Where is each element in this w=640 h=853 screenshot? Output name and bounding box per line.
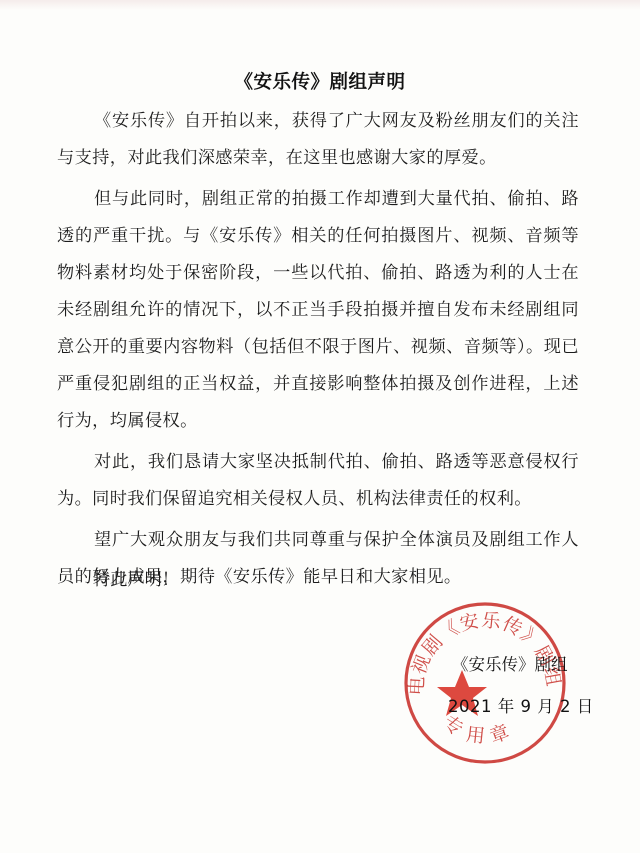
document-title: 《安乐传》剧组声明 bbox=[0, 68, 640, 94]
document-date: 2021 年 9 月 2 日 bbox=[448, 693, 594, 717]
document-body: 《安乐传》自开拍以来，获得了广大网友及粉丝朋友们的关注与支持，对此我们深感荣幸，… bbox=[57, 103, 579, 596]
paper-edge bbox=[0, 0, 640, 10]
signature-line: 《安乐传》剧组 bbox=[452, 651, 568, 675]
official-seal: 电视剧《安乐传》剧组 专用章 bbox=[400, 600, 570, 770]
paragraph-3: 对此，我们恳请大家坚决抵制代拍、偷拍、路透等恶意侵权行为。同时我们保留追究相关侵… bbox=[57, 444, 579, 518]
paragraph-2: 但与此同时，剧组正常的拍摄工作却遭到大量代拍、偷拍、路透的严重干扰。与《安乐传》… bbox=[57, 181, 579, 440]
closing-statement: 特此声明！ bbox=[93, 565, 179, 590]
paragraph-1: 《安乐传》自开拍以来，获得了广大网友及粉丝朋友们的关注与支持，对此我们深感荣幸，… bbox=[57, 103, 579, 177]
seal-bottom-text: 专用章 bbox=[439, 712, 520, 749]
